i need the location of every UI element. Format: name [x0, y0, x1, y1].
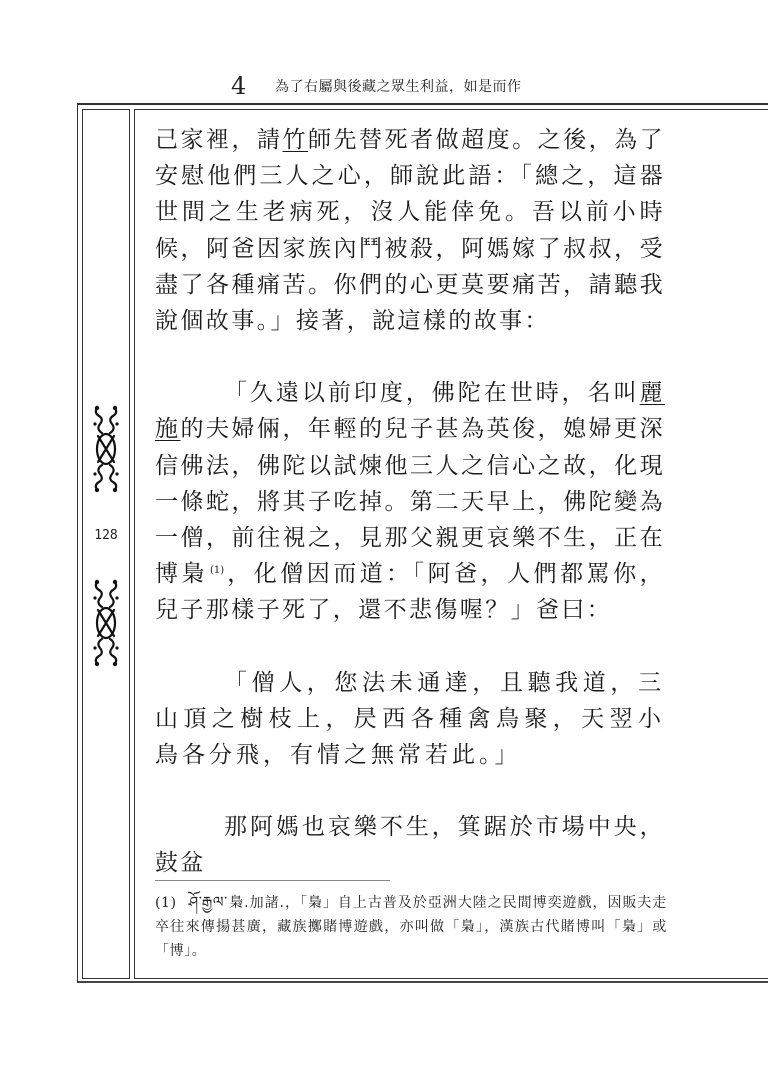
text-run: 「久遠以前印度，佛陀在世時，名叫 — [224, 380, 640, 406]
side-column-box — [82, 109, 130, 979]
paragraph-2: 「久遠以前印度，佛陀在世時，名叫麗施的夫婦倆，年輕的兒子甚為英俊，媳婦更深信佛法… — [155, 375, 665, 628]
text-run: ，化僧因而道：「阿爸，人們都罵你，兒子那樣子死了，還不悲傷喔？」爸曰： — [155, 561, 665, 623]
paragraph-4: 那阿媽也哀樂不生，箕踞於市場中央，鼓盆 — [155, 809, 665, 881]
paragraph-3-verse: 「僧人，您法未通達，且聽我道，三山頂之樹枝上，昃西各種禽鳥聚，天翌小鳥各分飛，有… — [155, 665, 665, 774]
paragraph-1: 己家裡，請竹師先替死者做超度。之後，為了安慰他們三人之心，師說此語：「總之，這器… — [155, 122, 665, 339]
body-text: 己家裡，請竹師先替死者做超度。之後，為了安慰他們三人之心，師說此語：「總之，這器… — [155, 122, 665, 882]
running-head: 4 為了右屬與後藏之眾生利益，如是而作 — [0, 72, 768, 102]
knot-ornament-icon — [92, 578, 120, 668]
footnote-reference[interactable]: (1) — [210, 565, 224, 576]
text-run: 師先替死者做超度。之後，為了安慰他們三人之心，師說此語：「總之，這器世間之生老病… — [155, 127, 665, 334]
knot-ornament-icon — [92, 404, 120, 494]
footnote-tibetan-term: ཤོ་རྒྱལ་ — [189, 893, 228, 911]
footnote-divider — [155, 880, 390, 881]
footnote-number: (1) — [155, 895, 177, 911]
page-number: 128 — [86, 528, 126, 543]
chapter-number: 4 — [231, 72, 246, 100]
chapter-title: 為了右屬與後藏之眾生利益，如是而作 — [275, 78, 522, 96]
footnote: (1)ཤོ་རྒྱལ་梟.加諸.，「梟」自上古普及於亞洲大陸之民間博奕遊戲，因販… — [155, 890, 667, 963]
underlined-name: 竹 — [283, 127, 309, 153]
footnote-text: 梟.加諸.，「梟」自上古普及於亞洲大陸之民間博奕遊戲，因販夫走卒往來傳揚甚廣，藏… — [155, 895, 667, 959]
text-run: 己家裡，請 — [155, 127, 283, 153]
